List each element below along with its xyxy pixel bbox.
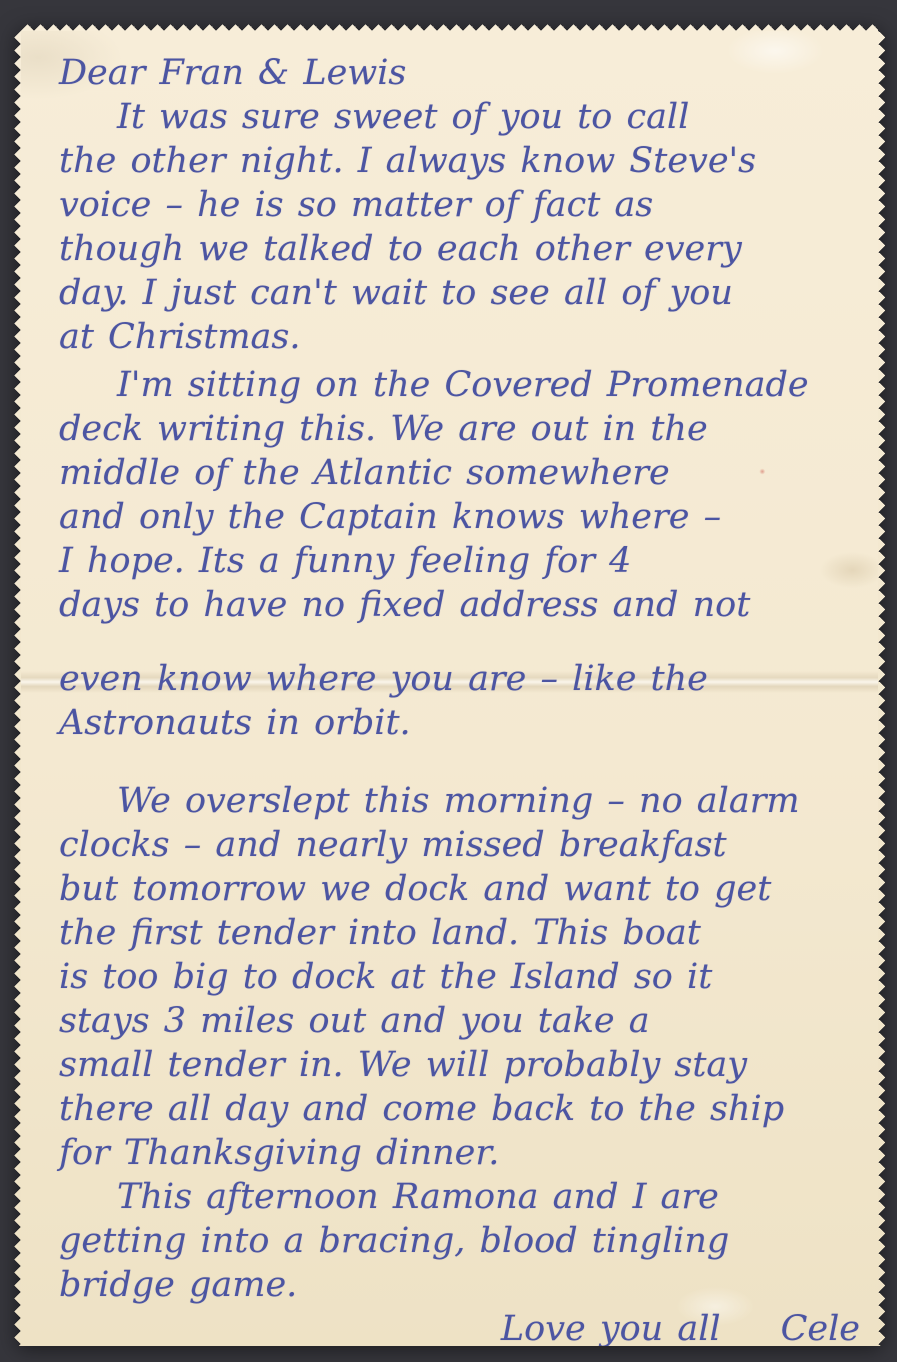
closing-phrase: Love you all — [501, 1307, 721, 1346]
letter-line: small tender in. We will probably stay — [59, 1043, 874, 1087]
letter-line: voice – he is so matter of fact as — [59, 183, 874, 227]
letter-line: and only the Captain knows where – — [59, 495, 874, 539]
letter-paper: Dear Fran & Lewis It was sure sweet of y… — [14, 24, 885, 1346]
letter-line: at Christmas. — [59, 315, 874, 359]
letter-text: Dear Fran & Lewis It was sure sweet of y… — [59, 51, 874, 1346]
letter-line: I hope. Its a funny feeling for 4 — [59, 539, 874, 583]
letter-line: getting into a bracing, blood tingling — [59, 1219, 874, 1263]
letter-line: is too big to dock at the Island so it — [59, 955, 874, 999]
paragraph-2: I'm sitting on the Covered Promenade dec… — [59, 363, 874, 745]
letter-line: the first tender into land. This boat — [59, 911, 874, 955]
letter-line: This afternoon Ramona and I are — [59, 1175, 874, 1219]
letter-line: middle of the Atlantic somewhere — [59, 451, 874, 495]
letter-line: deck writing this. We are out in the — [59, 407, 874, 451]
deckle-left-edge — [14, 31, 21, 1346]
letter-line: clocks – and nearly missed breakfast — [59, 823, 874, 867]
letter-line: the other night. I always know Steve's — [59, 139, 874, 183]
letter-line: even know where you are – like the — [59, 657, 874, 701]
letter-line: It was sure sweet of you to call — [59, 95, 874, 139]
paragraph-3: We overslept this morning – no alarm clo… — [59, 779, 874, 1175]
letter-line: stays 3 miles out and you take a — [59, 999, 874, 1043]
letter-line: I'm sitting on the Covered Promenade — [59, 363, 874, 407]
paragraph-1: It was sure sweet of you to call the oth… — [59, 95, 874, 359]
letter-line: We overslept this morning – no alarm — [59, 779, 874, 823]
deckle-right-edge — [878, 31, 885, 1346]
letter-line: bridge game. — [59, 1263, 874, 1307]
salutation: Dear Fran & Lewis — [59, 51, 874, 95]
letter-line: Astronauts in orbit. — [59, 701, 874, 745]
paragraph-4: This afternoon Ramona and I are getting … — [59, 1175, 874, 1307]
signature: Cele — [781, 1307, 860, 1346]
letter-line: there all day and come back to the ship — [59, 1087, 874, 1131]
deckle-top-edge — [21, 24, 878, 31]
closing-line: Love you all Cele — [59, 1307, 874, 1346]
letter-line: but tomorrow we dock and want to get — [59, 867, 874, 911]
letter-line: though we talked to each other every — [59, 227, 874, 271]
letter-line: for Thanksgiving dinner. — [59, 1131, 874, 1175]
letter-line: day. I just can't wait to see all of you — [59, 271, 874, 315]
paper-surface: Dear Fran & Lewis It was sure sweet of y… — [21, 31, 878, 1346]
letter-line: days to have no fixed address and not — [59, 583, 874, 627]
